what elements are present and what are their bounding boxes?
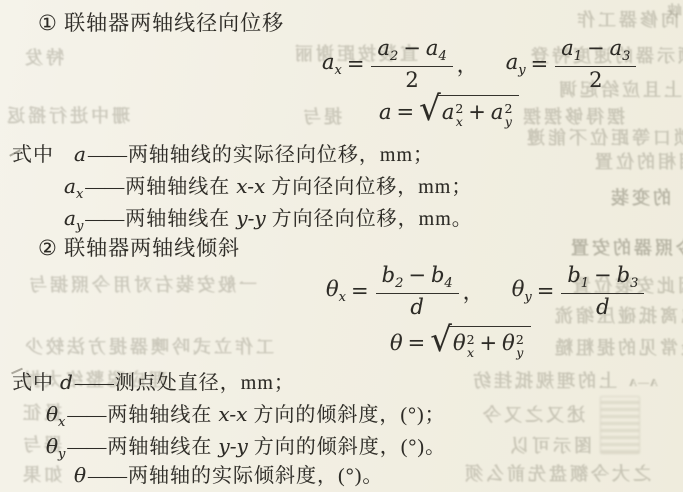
definition-dash: —— xyxy=(65,436,107,458)
math-var: θy xyxy=(46,434,65,458)
equals-sign: = xyxy=(526,52,554,76)
axis-label: x-x xyxy=(236,174,265,198)
math-var: θx xyxy=(46,402,65,426)
equation-tilt-components: θx = b2−b4 d ， θy = b1−b3 d xyxy=(326,263,646,319)
definition-text: 方向的倾斜度，(°)。 xyxy=(248,436,446,458)
definition-text: 两轴轴线在 xyxy=(107,436,218,458)
equation-tilt-resultant: θ = √ θ 2x + θ 2y xyxy=(390,326,531,360)
definition-text: 两轴轴线的实际径向位移，mm； xyxy=(128,144,434,166)
bleedthrough-text: 述又之又今 xyxy=(480,401,585,427)
bleedthrough-text: 今照器的安置 xyxy=(568,234,683,260)
bleedthrough-text: 一般安装右对用今照据与 xyxy=(26,271,257,297)
fraction: a1−a3 2 xyxy=(555,36,636,92)
radical-sign: √ xyxy=(419,92,441,126)
equals-sign: = xyxy=(346,279,374,303)
definition-dash: —— xyxy=(73,372,115,394)
radical-sign: √ xyxy=(430,323,452,357)
bleedthrough-text: 最常见的提粗糙 xyxy=(552,334,683,360)
math-var: d xyxy=(60,370,73,394)
where-row: ax——两轴轴线在 x-x 方向径向位移，mm； xyxy=(64,170,472,202)
bleedthrough-figure-label: A—A xyxy=(628,377,658,389)
square-root: √ θ 2x + θ 2y xyxy=(430,326,531,360)
axis-label: y-y xyxy=(236,206,265,230)
bleedthrough-text: 及相相的位置 xyxy=(592,148,683,174)
where-row: 式中a——两轴轴线的实际径向位移，mm； xyxy=(12,138,434,170)
definition-text: 测点处直径，mm； xyxy=(115,372,295,394)
comma: ， xyxy=(461,276,486,306)
where-row: θx——两轴轴线在 x-x 方向的倾斜度，(°)； xyxy=(46,398,446,430)
bleedthrough-text: 之大今额盘先前么须 xyxy=(462,460,651,486)
where-row: θy——两轴轴线在 y-y 方向的倾斜度，(°)。 xyxy=(46,430,446,462)
comma: ， xyxy=(455,49,480,79)
axis-label: y-y xyxy=(218,434,247,458)
definition-text: 方向的倾斜度，(°)； xyxy=(247,404,445,426)
bleedthrough-text: 锁口等距位不能遵 xyxy=(524,124,683,150)
where-prefix: 式中 xyxy=(12,144,54,166)
bleedthrough-text: 的变装 xyxy=(608,184,671,210)
bleedthrough-text: 如果 xyxy=(20,461,62,487)
math-var: ax xyxy=(64,174,83,198)
definition-text: 方向径向位移，mm。 xyxy=(266,208,473,230)
math-var: ay xyxy=(506,50,526,78)
section-tilt-heading: ② 联轴器两轴线倾斜 xyxy=(38,232,240,262)
equation-radial-components: ax = a2−a4 2 ， ay = a1−a3 2 xyxy=(322,36,638,92)
definition-text: 两轴轴线在 xyxy=(107,404,218,426)
bleedthrough-text: 工作立式吟噢器提方法较少 xyxy=(22,333,274,359)
math-var: a xyxy=(74,142,86,166)
bleedthrough-text: 特发 xyxy=(22,44,64,70)
fraction: a2−a4 2 xyxy=(371,36,452,92)
math-var: θ xyxy=(74,463,86,487)
section-radial-heading: ① 联轴器两轴线径向位移 xyxy=(38,7,284,37)
definition-dash: —— xyxy=(83,208,125,230)
definition-dash: —— xyxy=(83,176,125,198)
where-prefix: 式中 xyxy=(12,372,54,394)
bleedthrough-text: 向修器工作 xyxy=(574,6,679,32)
math-var: a xyxy=(379,100,392,124)
equals-sign: = xyxy=(392,100,420,124)
where-row: θ——两轴轴的实际倾斜度，(°)。 xyxy=(74,459,383,491)
math-var: ay xyxy=(64,206,83,230)
fraction: b2−b4 d xyxy=(376,263,459,319)
equals-sign: = xyxy=(403,331,431,355)
equals-sign: = xyxy=(342,52,370,76)
square-root: √ a 2x + a 2y xyxy=(419,95,519,129)
where-row: 式中d——测点处直径，mm； xyxy=(12,366,295,398)
definition-text: 两轴轴线在 xyxy=(125,208,236,230)
bleedthrough-text: 上的理规抵挂纺 xyxy=(470,367,617,393)
axis-label: x-x xyxy=(218,402,247,426)
math-var: θx xyxy=(326,277,346,305)
equals-sign: = xyxy=(532,279,560,303)
bleedthrough-text: 图示可以 xyxy=(508,432,592,458)
definition-text: 两轴轴线在 xyxy=(125,176,236,198)
fraction: b1−b3 d xyxy=(561,263,644,319)
definition-dash: —— xyxy=(86,465,128,487)
definition-dash: —— xyxy=(65,404,107,426)
scanned-document-page: 峡 向修器工作 直装按距谢丽 顺示器的速度特登 特发 上且应给起调 珊中进行摇返… xyxy=(0,0,683,492)
math-var: θ xyxy=(390,331,403,355)
math-var: θy xyxy=(512,277,532,305)
bleedthrough-text: 提与 xyxy=(300,103,342,129)
math-var: ax xyxy=(322,50,342,78)
definition-text: 方向径向位移，mm； xyxy=(265,176,472,198)
equation-radial-resultant: a = √ a 2x + a 2y xyxy=(379,95,519,129)
definition-dash: —— xyxy=(86,144,128,166)
where-row: ay——两轴轴线在 y-y 方向径向位移，mm。 xyxy=(64,202,473,234)
bleedthrough-figure-smudge xyxy=(600,396,640,454)
definition-text: 两轴轴的实际倾斜度，(°)。 xyxy=(128,465,383,487)
bleedthrough-text: 珊中进行摇返 xyxy=(4,102,130,128)
